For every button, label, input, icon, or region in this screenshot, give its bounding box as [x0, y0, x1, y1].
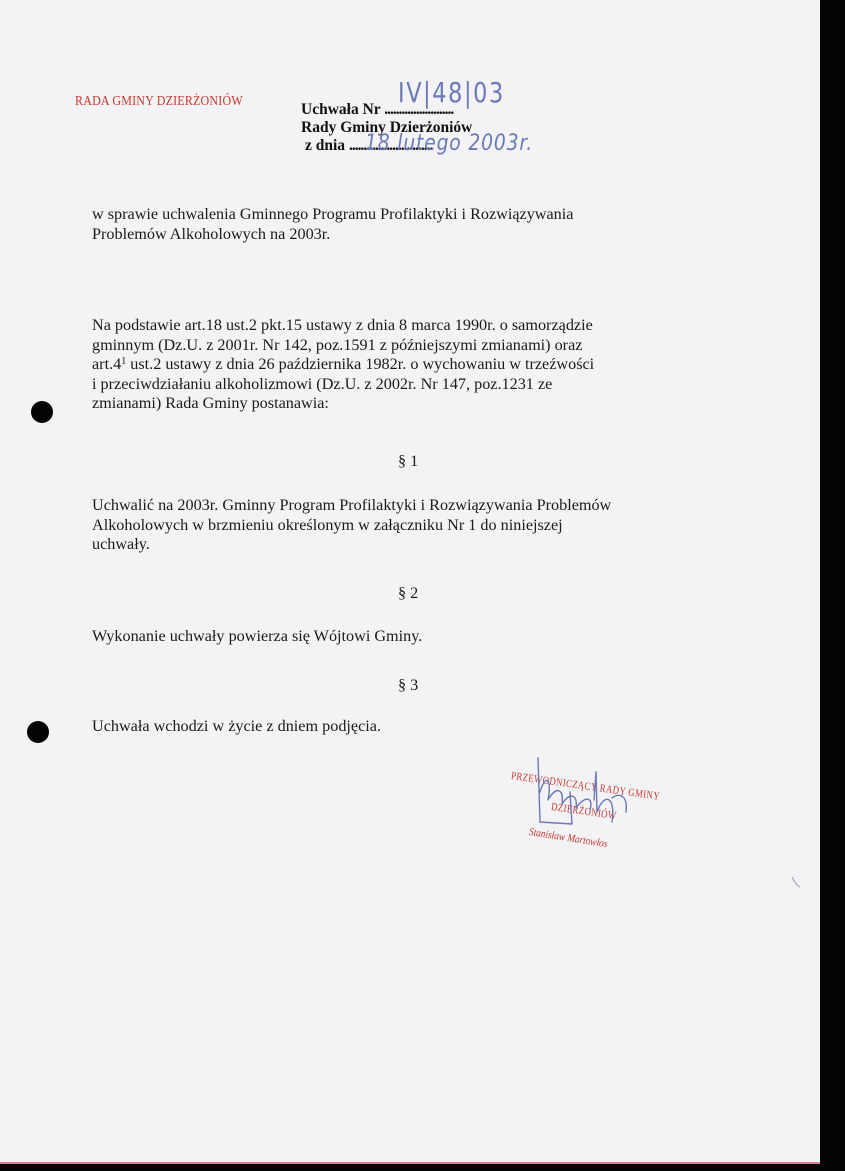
- handwritten-date: 18 lutego 2003r.: [365, 131, 533, 156]
- preamble-line: i przeciwdziałaniu alkoholizmowi (Dz.U. …: [92, 375, 594, 395]
- punch-hole: [27, 721, 49, 743]
- preamble-line: art.41 ust.2 ustawy z dnia 26 październi…: [92, 355, 594, 375]
- section-line: Alkoholowych w brzmieniu określonym w za…: [92, 516, 611, 536]
- article-superscript: 1: [121, 356, 126, 367]
- preamble-line: zmianami) Rada Gminy postanawia:: [92, 394, 594, 414]
- handwritten-signature: [520, 752, 640, 832]
- resolution-label: Uchwała Nr: [301, 101, 380, 118]
- section-line: uchwały.: [92, 535, 611, 555]
- subject-line: w sprawie uchwalenia Gminnego Programu P…: [92, 205, 573, 225]
- handwritten-resolution-number: IV|48|03: [398, 76, 505, 109]
- section-sign-2: § 2: [398, 584, 418, 603]
- punch-hole: [31, 401, 53, 423]
- subject-line: Problemów Alkoholowych na 2003r.: [92, 225, 573, 245]
- preamble-line: gminnym (Dz.U. z 2001r. Nr 142, poz.1591…: [92, 336, 594, 356]
- section-3-text: Uchwała wchodzi w życie z dniem podjęcia…: [92, 717, 381, 737]
- section-1-text: Uchwalić na 2003r. Gminny Program Profil…: [92, 496, 611, 555]
- date-label: z dnia: [305, 137, 345, 154]
- section-line: Uchwała wchodzi w życie z dniem podjęcia…: [92, 717, 381, 737]
- article-ref: art.4: [92, 355, 121, 373]
- section-2-text: Wykonanie uchwały powierza się Wójtowi G…: [92, 627, 422, 647]
- section-line: Wykonanie uchwały powierza się Wójtowi G…: [92, 627, 422, 647]
- preamble: Na podstawie art.18 ust.2 pkt.15 ustawy …: [92, 316, 594, 414]
- subject: w sprawie uchwalenia Gminnego Programu P…: [92, 205, 573, 244]
- preamble-line: Na podstawie art.18 ust.2 pkt.15 ustawy …: [92, 316, 594, 336]
- council-header-stamp: RADA GMINY DZIERŻONIÓW: [75, 94, 243, 110]
- section-line: Uchwalić na 2003r. Gminny Program Profil…: [92, 496, 611, 516]
- section-sign-3: § 3: [398, 676, 418, 695]
- scanned-page: RADA GMINY DZIERŻONIÓW Uchwała Nr ......…: [0, 0, 820, 1164]
- pen-mark: [790, 875, 802, 889]
- section-sign-1: § 1: [398, 452, 418, 471]
- preamble-line-rest: ust.2 ustawy z dnia 26 października 1982…: [126, 355, 594, 373]
